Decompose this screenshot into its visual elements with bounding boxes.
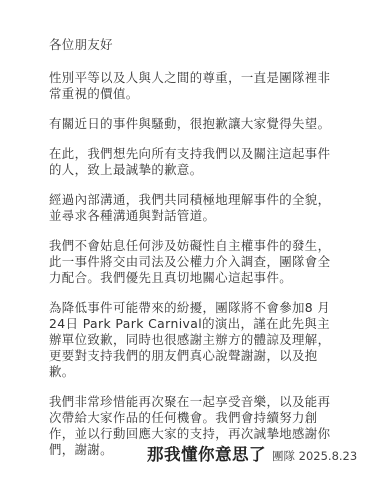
- paragraph-apology: 有關近日的事件與騷動，很抱歉讓大家覺得失望。: [49, 116, 331, 132]
- paragraph-communication: 經過內部溝通，我們共同積極地理解事件的全貌，並尋求各種溝通與對話管道。: [49, 192, 331, 224]
- paragraph-investigation: 我們不會姑息任何涉及妨礙性自主權事件的發生，此一事件將交由司法及公權力介入調查，…: [49, 238, 331, 286]
- signature-team-date: 團隊 2025.8.23: [272, 448, 357, 464]
- paragraph-sincere-apology: 在此，我們想先向所有支持我們以及關注這起事件的人，致上最誠摯的歉意。: [49, 146, 331, 178]
- signature: 那我懂你意思了 團隊 2025.8.23: [147, 441, 357, 465]
- statement-letter: 各位朋友好 性別平等以及人與人之間的尊重，一直是團隊裡非常重視的價值。 有關近日…: [49, 37, 331, 472]
- paragraph-values: 性別平等以及人與人之間的尊重，一直是團隊裡非常重視的價值。: [49, 70, 331, 102]
- greeting: 各位朋友好: [49, 37, 331, 53]
- paragraph-event-withdrawal: 為降低事件可能帶來的紛擾，團隊將不會參加8 月 24日 Park Park Ca…: [49, 300, 331, 380]
- band-name-logo: 那我懂你意思了: [147, 441, 266, 465]
